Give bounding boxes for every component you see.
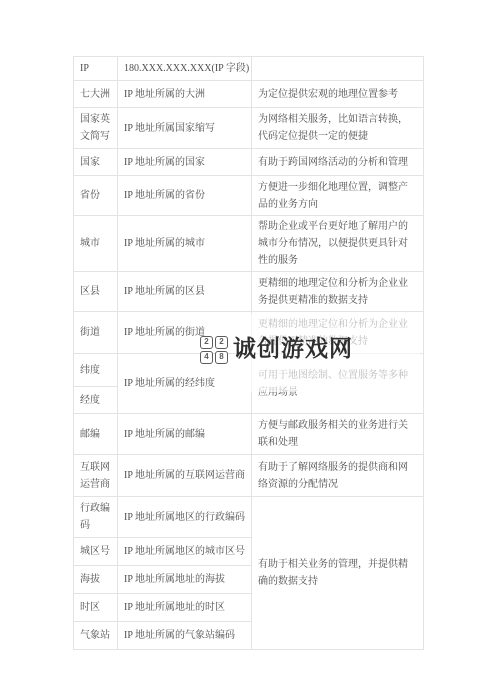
purpose-cell: 有助于相关业务的管理，并提供精确的数据支持 <box>252 497 424 650</box>
table-row: 国家IP 地址所属的国家有助于跨国网络活动的分析和管理 <box>74 149 424 176</box>
table-row: 省份IP 地址所属的省份方便进一步细化地理位置，调整产品的业务方向 <box>74 176 424 216</box>
field-cell: 纬度 <box>74 354 118 387</box>
watermark: 2248 诚创游戏网 <box>200 334 353 364</box>
field-cell: IP <box>74 57 118 81</box>
table-row: 七大洲IP 地址所属的大洲为定位提供宏观的地理位置参考 <box>74 81 424 108</box>
field-cell: 时区 <box>74 594 118 622</box>
purpose-cell <box>252 57 424 81</box>
description-cell: IP 地址所属的邮编 <box>118 414 252 455</box>
table-row: 邮编IP 地址所属的邮编方便与邮政服务相关的业务进行关联和处理 <box>74 414 424 455</box>
description-cell: IP 地址所属地址的时区 <box>118 594 252 622</box>
field-cell: 街道 <box>74 312 118 354</box>
purpose-cell: 为定位提供宏观的地理位置参考 <box>252 81 424 108</box>
description-cell: IP 地址所属的区县 <box>118 272 252 312</box>
field-cell: 行政编码 <box>74 497 118 538</box>
description-cell: IP 地址所属地区的行政编码 <box>118 497 252 538</box>
description-cell: IP 地址所属的大洲 <box>118 81 252 108</box>
watermark-site-name: 诚创游戏网 <box>233 334 353 362</box>
purpose-cell: 方便与邮政服务相关的业务进行关联和处理 <box>252 414 424 455</box>
field-cell: 邮编 <box>74 414 118 455</box>
logo-digit: 2 <box>215 336 228 349</box>
description-cell: IP 地址所属地址的海拔 <box>118 566 252 594</box>
purpose-cell: 帮助企业或平台更好地了解用户的城市分布情况，以便提供更具针对性的服务 <box>252 216 424 272</box>
table-row: 行政编码IP 地址所属地区的行政编码有助于相关业务的管理，并提供精确的数据支持 <box>74 497 424 538</box>
description-cell: IP 地址所属的省份 <box>118 176 252 216</box>
description-cell: 180.XXX.XXX.XXX(IP 字段) <box>118 57 252 81</box>
table-row: 区县IP 地址所属的区县更精细的地理定位和分析为企业业务提供更精准的数据支持 <box>74 272 424 312</box>
field-cell: 城市 <box>74 216 118 272</box>
description-cell: IP 地址所属的互联网运营商 <box>118 455 252 497</box>
field-cell: 七大洲 <box>74 81 118 108</box>
watermark-2248-logo-icon: 2248 <box>200 336 228 364</box>
field-cell: 互联网运营商 <box>74 455 118 497</box>
logo-digit: 2 <box>200 336 213 349</box>
document-page: IP180.XXX.XXX.XXX(IP 字段)七大洲IP 地址所属的大洲为定位… <box>0 0 500 683</box>
field-cell: 国家英文简写 <box>74 108 118 149</box>
description-cell: IP 地址所属的城市 <box>118 216 252 272</box>
purpose-cell: 有助于跨国网络活动的分析和管理 <box>252 149 424 176</box>
field-cell: 经度 <box>74 387 118 414</box>
table-row: 互联网运营商IP 地址所属的互联网运营商有助于了解网络服务的提供商和网络资源的分… <box>74 455 424 497</box>
table-row: 城市IP 地址所属的城市帮助企业或平台更好地了解用户的城市分布情况，以便提供更具… <box>74 216 424 272</box>
purpose-cell: 更精细的地理定位和分析为企业业务提供更精准的数据支持 <box>252 272 424 312</box>
field-cell: 海拔 <box>74 566 118 594</box>
purpose-cell: 为网络相关服务，比如语言转换，代码定位提供一定的便捷 <box>252 108 424 149</box>
field-cell: 省份 <box>74 176 118 216</box>
description-cell: IP 地址所属的气象站编码 <box>118 622 252 650</box>
field-cell: 区县 <box>74 272 118 312</box>
field-cell: 国家 <box>74 149 118 176</box>
table-row: 国家英文简写IP 地址所属国家缩写为网络相关服务，比如语言转换，代码定位提供一定… <box>74 108 424 149</box>
purpose-cell: 有助于了解网络服务的提供商和网络资源的分配情况 <box>252 455 424 497</box>
description-cell: IP 地址所属的国家 <box>118 149 252 176</box>
logo-digit: 4 <box>200 351 213 364</box>
field-cell: 气象站 <box>74 622 118 650</box>
description-cell: IP 地址所属地区的城市区号 <box>118 538 252 566</box>
description-cell: IP 地址所属国家缩写 <box>118 108 252 149</box>
logo-digit: 8 <box>215 351 228 364</box>
field-cell: 城区号 <box>74 538 118 566</box>
table-row: IP180.XXX.XXX.XXX(IP 字段) <box>74 57 424 81</box>
purpose-cell: 方便进一步细化地理位置，调整产品的业务方向 <box>252 176 424 216</box>
